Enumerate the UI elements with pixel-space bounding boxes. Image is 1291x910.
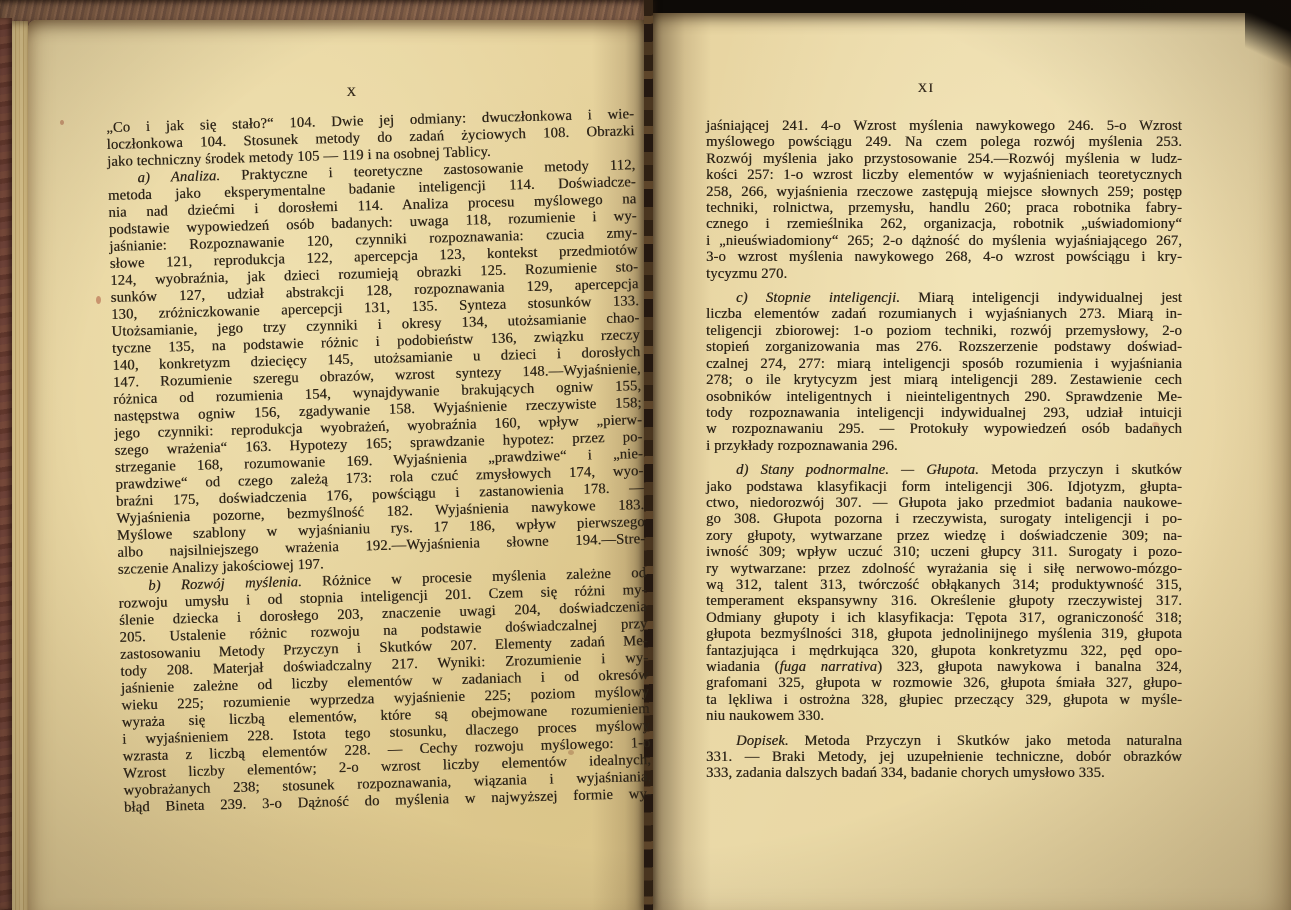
text-segment: niu naukowem 330. — [706, 708, 824, 724]
text-segment: ) 323, głupota nawykowa i banalna 324, — [877, 659, 1182, 675]
text-segment: wą 312, talent 313, twórczość obłąkanych… — [706, 577, 1182, 593]
text-segment: liczba elementów zadań rozumianych i wyj… — [706, 306, 1182, 322]
paragraph: d) Stany podnormalne. — Głupota. Metoda … — [706, 462, 1182, 725]
text-line: 333, zadania dalszych badań 334, badanie… — [706, 765, 1182, 781]
text-line: iwność 309; wpływ uczuć 310; uczeni głup… — [706, 544, 1182, 560]
text-line: stopień zorganizowania mas 276. Rozszerz… — [706, 339, 1182, 355]
text-segment: techniki, rolnictwa, przemysłu, handlu 2… — [706, 200, 1182, 216]
stacked-page-edges — [12, 21, 28, 910]
text-segment: ctwo, niedorozwój 307. — Głupota jako pr… — [706, 495, 1182, 511]
text-segment: fantazjująca i mędrkująca 320, głupota k… — [706, 643, 1182, 659]
text-line: wiadania (fuga narrativa) 323, głupota n… — [706, 659, 1182, 675]
text-line: ta lękliwa i ostrożna 328, głupiec przec… — [706, 692, 1182, 708]
text-segment: 258, 266, wyjaśnienia rzeczowe zastępują… — [706, 184, 1182, 200]
text-line: fantazjująca i mędrkująca 320, głupota k… — [706, 643, 1182, 659]
text-segment: Metoda Przyczyn i Skutków jako metoda na… — [789, 733, 1182, 749]
text-segment: teligencji zbiorowej: 1-o poziom technik… — [706, 323, 1182, 339]
text-segment: 331. — Braki Metody, jej uzupełnienie te… — [706, 749, 1182, 765]
text-segment: go 308. Głupota pozorna i rzeczywista, s… — [706, 511, 1182, 527]
paragraph: c) Stopnie inteligencji. Miarą inteligen… — [706, 290, 1182, 454]
text-line: czalnej 274, 277: miarą inteligencji spo… — [706, 356, 1182, 372]
text-line: osobników inteligentnych i nieinteligent… — [706, 389, 1182, 405]
text-line: go 308. Głupota pozorna i rzeczywista, s… — [706, 511, 1182, 527]
text-segment: w rozpoznawaniu 295. — Protokuły wypowie… — [706, 421, 1182, 437]
book-spread-photo: X XI „Co i jak się stało?“ 104. Dwie jej… — [0, 0, 1291, 910]
text-line: wą 312, talent 313, twórczość obłąkanych… — [706, 577, 1182, 593]
text-line: ctwo, niedorozwój 307. — Głupota jako pr… — [706, 495, 1182, 511]
italic-text-segment: Dopisek. — [736, 733, 789, 749]
text-segment: kości 257: 1-o wzrost liczby elementów w… — [706, 167, 1182, 183]
gutter-shadow-right — [653, 13, 711, 910]
italic-text-segment: d) Stany podnormalne. — Głupota. — [736, 462, 979, 478]
text-segment: jako podstawa klasyfikacji form intelige… — [706, 479, 1182, 495]
italic-text-segment: fuga narrativa — [780, 659, 878, 675]
text-segment: głupota bezmyślności 318, głupota jednol… — [706, 626, 1182, 642]
text-segment: ta lękliwa i ostrożna 328, głupiec przec… — [706, 692, 1182, 708]
text-segment: wiadania ( — [706, 659, 780, 675]
text-line: myślowego powściągu 249. Na czem polega … — [706, 134, 1182, 150]
text-segment: grafomani 325, głupota w rozmowie 326, g… — [706, 675, 1182, 691]
italic-text-segment: a) Analiza. — [137, 168, 220, 186]
text-line: tody rozpoznawania inteligencji indywidu… — [706, 405, 1182, 421]
top-right-corner-shadow — [1245, 10, 1291, 84]
text-line: jako podstawa klasyfikacji form intelige… — [706, 479, 1182, 495]
text-line: teligencji zbiorowej: 1-o poziom technik… — [706, 323, 1182, 339]
text-segment: cznego i rzemieślnika 262, organizacja, … — [706, 216, 1182, 232]
text-line: 3-o wzrost myślenia nawykowego 268, 4-o … — [706, 249, 1182, 265]
text-segment: zory głupoty, wytwarzane przez wiedzę i … — [706, 528, 1182, 544]
text-segment: 3-o wzrost myślenia nawykowego 268, 4-o … — [706, 249, 1182, 265]
text-segment: 333, zadania dalszych badań 334, badanie… — [706, 765, 1105, 781]
text-segment: myślowego powściągu 249. Na czem polega … — [706, 134, 1182, 150]
text-segment: i przykłady rozpoznawania 296. — [706, 438, 898, 454]
text-line: niu naukowem 330. — [706, 708, 1182, 724]
text-segment: czalnej 274, 277: miarą inteligencji spo… — [706, 356, 1182, 372]
text-line: i „nieuświadomiony“ 265; 2-o dążność do … — [706, 233, 1182, 249]
text-line: i przykłady rozpoznawania 296. — [706, 438, 1182, 454]
text-line: liczba elementów zadań rozumianych i wyj… — [706, 306, 1182, 322]
text-line: ry wytwarzane: przez zdolność wyrażania … — [706, 561, 1182, 577]
text-segment: Rozwój myślenia jako przystosowanie 254.… — [706, 151, 1182, 167]
text-line: d) Stany podnormalne. — Głupota. Metoda … — [706, 462, 1182, 478]
text-line: c) Stopnie inteligencji. Miarą inteligen… — [706, 290, 1182, 306]
text-line: kości 257: 1-o wzrost liczby elementów w… — [706, 167, 1182, 183]
text-segment: jaśniającej 241. 4-o Wzrost myślenia naw… — [706, 118, 1182, 134]
text-line: cznego i rzemieślnika 262, organizacja, … — [706, 216, 1182, 232]
text-segment: osobników inteligentnych i nieinteligent… — [706, 389, 1182, 405]
paragraph: Dopisek. Metoda Przyczyn i Skutków jako … — [706, 733, 1182, 782]
text-segment: Odmiany głupoty i ich klasyfikacja: Tępo… — [706, 610, 1182, 626]
text-segment: iwność 309; wpływ uczuć 310; uczeni głup… — [706, 544, 1182, 560]
text-segment: 278; o ile krytycyzm jest miarą intelige… — [706, 372, 1182, 388]
text-line: w rozpoznawaniu 295. — Protokuły wypowie… — [706, 421, 1182, 437]
text-line: głupota bezmyślności 318, głupota jednol… — [706, 626, 1182, 642]
paragraph: b) Rozwój myślenia. Różnice w procesie m… — [118, 565, 652, 817]
text-segment: Metoda przyczyn i skutków — [979, 462, 1182, 478]
paragraph: a) Analiza. Praktyczne i teoretyczne zas… — [107, 157, 645, 579]
text-line: tycyzmu 270. — [706, 266, 1182, 282]
text-segment: tycyzmu 270. — [706, 266, 787, 282]
text-line: 278; o ile krytycyzm jest miarą intelige… — [706, 372, 1182, 388]
text-segment: stopień zorganizowania mas 276. Rozszerz… — [706, 339, 1182, 355]
text-segment: i „nieuświadomiony“ 265; 2-o dążność do … — [706, 233, 1182, 249]
book-cover-red-edge — [0, 18, 12, 910]
text-line: jaśniającej 241. 4-o Wzrost myślenia naw… — [706, 118, 1182, 134]
text-line: temperament ekspansywny 316. Określenie … — [706, 593, 1182, 609]
text-line: 258, 266, wyjaśnienia rzeczowe zastępują… — [706, 184, 1182, 200]
text-line: techniki, rolnictwa, przemysłu, handlu 2… — [706, 200, 1182, 216]
right-page-text-block: jaśniającej 241. 4-o Wzrost myślenia naw… — [706, 118, 1182, 782]
text-line: zory głupoty, wytwarzane przez wiedzę i … — [706, 528, 1182, 544]
text-segment: tody rozpoznawania inteligencji indywidu… — [706, 405, 1182, 421]
text-segment: ry wytwarzane: przez zdolność wyrażania … — [706, 561, 1182, 577]
italic-text-segment: c) Stopnie inteligencji. — [736, 290, 900, 306]
text-line: Dopisek. Metoda Przyczyn i Skutków jako … — [706, 733, 1182, 749]
page-number-right: XI — [688, 80, 1164, 96]
text-line: Odmiany głupoty i ich klasyfikacja: Tępo… — [706, 610, 1182, 626]
text-line: 331. — Braki Metody, jej uzupełnienie te… — [706, 749, 1182, 765]
paragraph: jaśniającej 241. 4-o Wzrost myślenia naw… — [706, 118, 1182, 282]
page-number-left: X — [88, 84, 616, 100]
text-segment: Miarą inteligencji indywidualnej jest — [900, 290, 1182, 306]
text-line: Rozwój myślenia jako przystosowanie 254.… — [706, 151, 1182, 167]
left-page-text-block: „Co i jak się stało?“ 104. Dwie jej odmi… — [106, 106, 652, 817]
text-line: grafomani 325, głupota w rozmowie 326, g… — [706, 675, 1182, 691]
text-segment: temperament ekspansywny 316. Określenie … — [706, 593, 1182, 609]
